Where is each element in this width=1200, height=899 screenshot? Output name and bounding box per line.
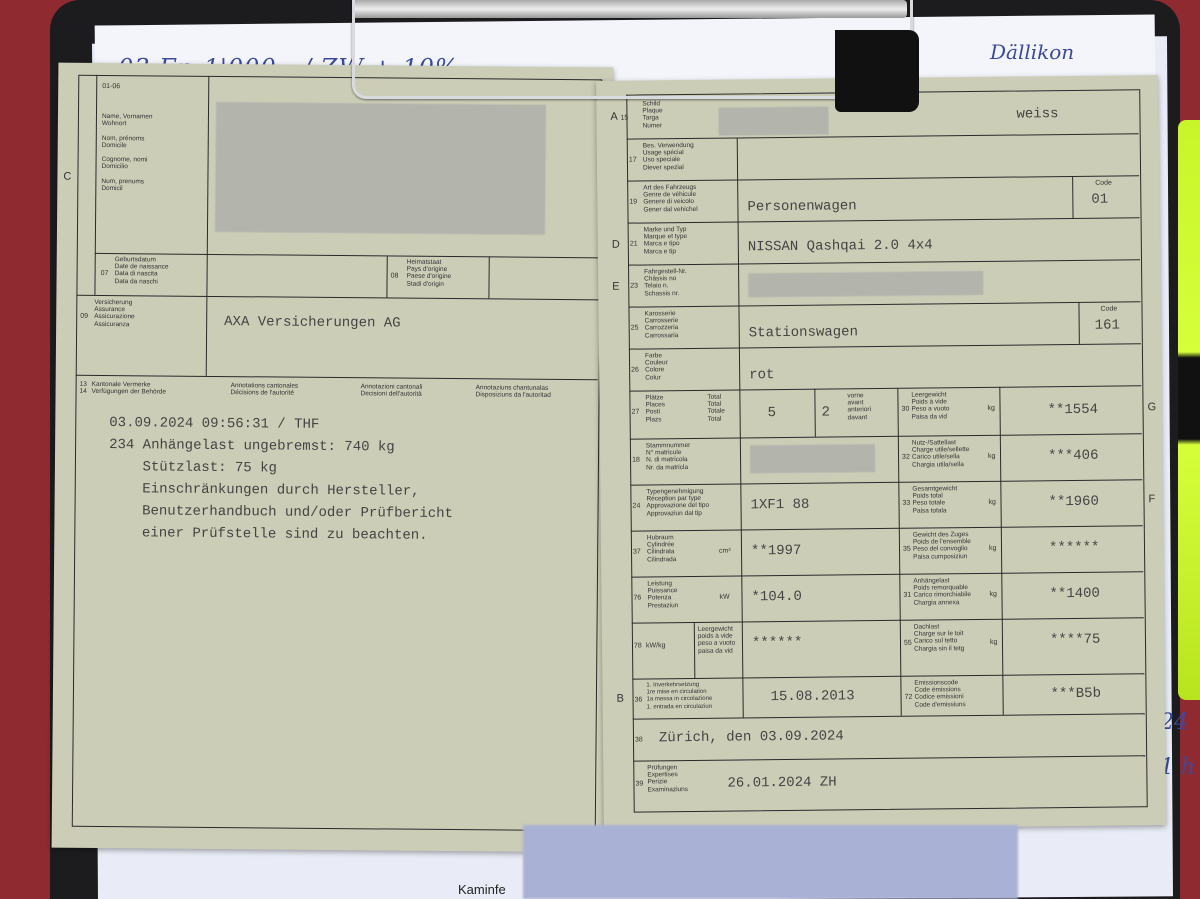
remark-line: Benutzerhandbuch und/oder Prüfbericht <box>108 503 453 522</box>
empty-weight-labels: Leergewicht Poids à vide Peso a vuoto Pa… <box>911 391 949 420</box>
first-registration-labels: 1. Inverkehrsetzung 1re mise en circulat… <box>646 682 712 711</box>
seats-num: 27 <box>632 409 640 416</box>
insurance-value: AXA Versicherungen AG <box>224 314 401 332</box>
remarks-nums: 13 14 <box>80 381 87 395</box>
highlighter-marker <box>1178 120 1200 700</box>
emission-code-value: ***B5b <box>1050 686 1101 703</box>
power-ratio-labels: Leergewicht poids à vide peso a vuoto pa… <box>698 626 736 655</box>
remark-line: Stützlast: 75 kg <box>109 459 277 476</box>
unit: kg <box>988 405 995 412</box>
roof-load-value: ****75 <box>1050 632 1101 649</box>
remarks-header-rm: Annotaziuns chantunalas Disposiziuns da … <box>476 384 551 399</box>
train-weight-value: ****** <box>1049 540 1100 557</box>
trailer-load-value: **1400 <box>1049 586 1100 603</box>
roof-load-labels: Dachlast Charge sur le toit Carico sul t… <box>914 623 965 652</box>
remarks-header-de: Kantonale Vermerke Verfügungen der Behör… <box>92 381 167 396</box>
unit: kg <box>990 639 997 646</box>
special-use-labels: Bes. Verwendung Usage spécial Uso specia… <box>643 142 694 171</box>
emission-code-num: 72 <box>905 694 913 701</box>
origin-labels: Heimatstaat Pays d'origine Paese d'origi… <box>406 259 451 288</box>
section-letter-d: D <box>612 239 620 251</box>
section-letter-e: E <box>612 281 619 293</box>
birthdate-num: 07 <box>101 270 109 277</box>
power-value: *104.0 <box>751 589 802 606</box>
registration-right-page: A 15 Schild Plaque Targa Numer weiss 17 … <box>596 75 1166 831</box>
unit: kg <box>988 453 995 460</box>
remark-line: 03.09.2024 09:56:31 / THF <box>109 415 319 433</box>
trailer-load-labels: Anhängelast Poids remorquable Carico rim… <box>913 577 971 606</box>
seats-front-labels: vorne avant anteriori davant <box>847 392 871 421</box>
payload-num: 32 <box>902 454 910 461</box>
seats-front-value: 2 <box>821 405 830 421</box>
section-letter-f: F <box>1148 493 1155 505</box>
empty-weight-value: **1554 <box>1047 402 1098 419</box>
vehicle-kind-num: 19 <box>629 199 637 206</box>
seats-total-value: 5 <box>767 405 776 421</box>
first-registration-num: 36 <box>635 697 643 704</box>
color-num: 26 <box>631 367 639 374</box>
type-approval-labels: Typengenehmigung Réception par type Appr… <box>646 488 709 517</box>
displacement-value: **1997 <box>751 543 802 560</box>
registration-left-page: C 01-06 Name, Vornamen Wohnort Nom, prén… <box>52 63 614 853</box>
emission-code-labels: Emissionscode Code émissions Codice emis… <box>914 679 965 708</box>
holder-field-code: 01-06 <box>102 83 120 90</box>
seats-labels: Plätze Places Posti Plazs <box>645 394 665 423</box>
inspections-labels: Prüfungen Expertises Perizie Examinaziun… <box>647 764 688 793</box>
train-weight-num: 35 <box>903 546 911 553</box>
total-weight-labels: Gesamtgewicht Poids total Peso totale Pa… <box>912 485 957 514</box>
empty-weight-num: 30 <box>902 406 910 413</box>
vehicle-kind-value: Personenwagen <box>747 198 856 215</box>
chassis-labels: Fahrgestell-Nr. Châssis no Telaio n. Sch… <box>644 268 687 297</box>
trailer-load-num: 31 <box>903 592 911 599</box>
payload-value: ***406 <box>1048 448 1099 465</box>
insurance-num: 09 <box>80 313 88 320</box>
plate-number-redacted <box>718 107 828 136</box>
holder-name-redacted <box>215 102 546 235</box>
total-weight-value: **1960 <box>1048 494 1099 511</box>
make-model-labels: Marke und Typ Marque et type Marca e tip… <box>644 226 688 255</box>
unit: kW/kg <box>646 642 666 649</box>
remark-line: 234 Anhängelast ungebremst: 740 kg <box>109 437 395 455</box>
plate-num: 15 <box>620 115 628 122</box>
seats-total-labels: Total Total Totale Total <box>707 394 725 423</box>
train-weight-labels: Gewicht des Zuges Poids de l'ensemble Pe… <box>913 531 971 560</box>
vehicle-kind-labels: Art des Fahrzeugs Genre de véhicule Gene… <box>643 184 698 213</box>
origin-num: 08 <box>391 273 399 280</box>
place-date-num: 38 <box>635 737 643 744</box>
matriculation-redacted <box>750 444 875 473</box>
matriculation-labels: Stammnummer N° matricule N. di matricola… <box>646 442 691 471</box>
inspections-value: 26.01.2024 ZH <box>727 774 836 791</box>
body-labels: Karosserie Carrosserie Carrozzeria Carro… <box>644 310 678 339</box>
displacement-labels: Hubraum Cylindrée Cilindrata Cilindrada <box>647 534 677 563</box>
payload-labels: Nutz-/Sattellast Charge utile/sellette C… <box>912 439 970 468</box>
power-ratio-num: 78 <box>634 643 642 650</box>
make-model-num: 21 <box>630 241 638 248</box>
chassis-num: 23 <box>630 283 638 290</box>
code-label: Code <box>1095 180 1112 187</box>
section-letter-c: C <box>63 171 71 183</box>
unit: kg <box>989 591 996 598</box>
section-letter-b: B <box>616 693 623 705</box>
clipboard-clip-wire <box>352 0 913 99</box>
inspections-num: 39 <box>635 781 643 788</box>
first-registration-value: 15.08.2013 <box>770 688 854 705</box>
remarks-header-it: Annotazioni cantonali Decisioni dell'aut… <box>361 383 423 398</box>
matriculation-num: 18 <box>632 457 640 464</box>
vehicle-kind-code: 01 <box>1091 192 1108 208</box>
type-approval-num: 24 <box>633 503 641 510</box>
birthdate-labels: Geburtsdatum Date de naissance Data di n… <box>114 256 168 285</box>
clipboard-clip-grip <box>835 30 919 112</box>
body-code: 161 <box>1095 317 1120 333</box>
total-weight-num: 33 <box>902 500 910 507</box>
redacted-bottom-area <box>523 825 1018 899</box>
section-letter-a: A <box>610 111 617 123</box>
unit: kW <box>719 594 729 601</box>
remarks-header-fr: Annotations cantonales Décisions de l'au… <box>231 382 299 397</box>
insurance-labels: Versicherung Assurance Assicurazione Ass… <box>94 299 135 328</box>
place-date-value: Zürich, den 03.09.2024 <box>659 728 844 746</box>
plate-labels: Schild Plaque Targa Numer <box>642 100 663 129</box>
type-approval-value: 1XF1 88 <box>750 497 809 514</box>
power-num: 76 <box>633 595 641 602</box>
remark-line: Einschränkungen durch Hersteller, <box>109 481 420 500</box>
roof-load-num: 55 <box>904 640 912 647</box>
background-paper-text: Kaminfe <box>458 882 506 897</box>
color-labels: Farbe Couleur Colore Colur <box>645 352 668 381</box>
unit: kg <box>988 499 995 506</box>
unit: kg <box>989 545 996 552</box>
plate-color-value: weiss <box>1016 106 1058 122</box>
body-num: 25 <box>631 325 639 332</box>
remark-line: einer Prüfstelle sind zu beachten. <box>108 525 427 544</box>
unit: cm³ <box>719 548 731 555</box>
power-ratio-value: ****** <box>752 635 803 652</box>
color-value: rot <box>749 367 774 383</box>
body-value: Stationswagen <box>749 324 858 341</box>
handwritten-place: Dällikon <box>990 40 1074 64</box>
chassis-number-redacted <box>748 271 983 297</box>
displacement-num: 37 <box>633 549 641 556</box>
power-labels: Leistung Puissance Potenza Prestaziun <box>647 580 678 609</box>
make-model-value: NISSAN Qashqai 2.0 4x4 <box>748 237 933 255</box>
code-label: Code <box>1100 306 1117 313</box>
special-use-num: 17 <box>629 157 637 164</box>
section-letter-g: G <box>1147 401 1156 413</box>
holder-labels: Name, Vornamen Wohnort Nom, prénoms Domi… <box>101 113 152 193</box>
